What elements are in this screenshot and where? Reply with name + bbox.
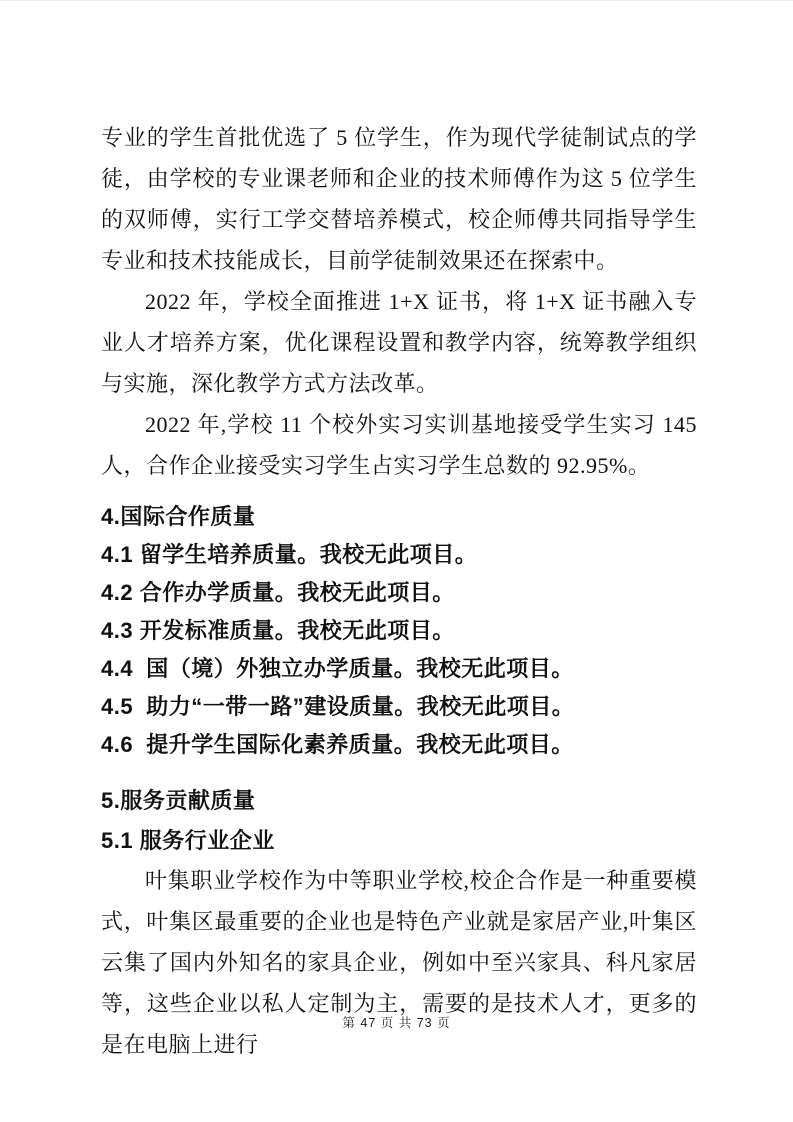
heading-4-4: 4.4 国（境）外独立办学质量。我校无此项目。	[101, 650, 697, 688]
para-service-industry: 叶集职业学校作为中等职业学校,校企合作是一种重要模式，叶集区最重要的企业也是特色…	[101, 860, 697, 1065]
heading-5-1: 5.1 服务行业企业	[101, 822, 697, 860]
heading-4-1: 4.1 留学生培养质量。我校无此项目。	[101, 536, 697, 574]
page-body: 专业的学生首批优选了 5 位学生，作为现代学徒制试点的学徒，由学校的专业课老师和…	[101, 117, 697, 1065]
heading-4-3: 4.3 开发标准质量。我校无此项目。	[101, 612, 697, 650]
para-internship-base: 2022 年,学校 11 个校外实习实训基地接受学生实习 145 人，合作企业接…	[101, 404, 697, 486]
heading-4-6: 4.6 提升学生国际化素养质量。我校无此项目。	[101, 726, 697, 764]
para-apprenticeship: 专业的学生首批优选了 5 位学生，作为现代学徒制试点的学徒，由学校的专业课老师和…	[101, 117, 697, 281]
heading-section-5: 5.服务贡献质量	[101, 782, 697, 820]
document-page: 专业的学生首批优选了 5 位学生，作为现代学徒制试点的学徒，由学校的专业课老师和…	[0, 0, 793, 1122]
heading-4-5: 4.5 助力“一带一路”建设质量。我校无此项目。	[101, 688, 697, 726]
para-1x-certificate: 2022 年，学校全面推进 1+X 证书，将 1+X 证书融入专业人才培养方案，…	[101, 281, 697, 404]
page-number-footer: 第 47 页 共 73 页	[0, 1013, 793, 1031]
heading-4-2: 4.2 合作办学质量。我校无此项目。	[101, 574, 697, 612]
heading-section-4: 4.国际合作质量	[101, 498, 697, 536]
